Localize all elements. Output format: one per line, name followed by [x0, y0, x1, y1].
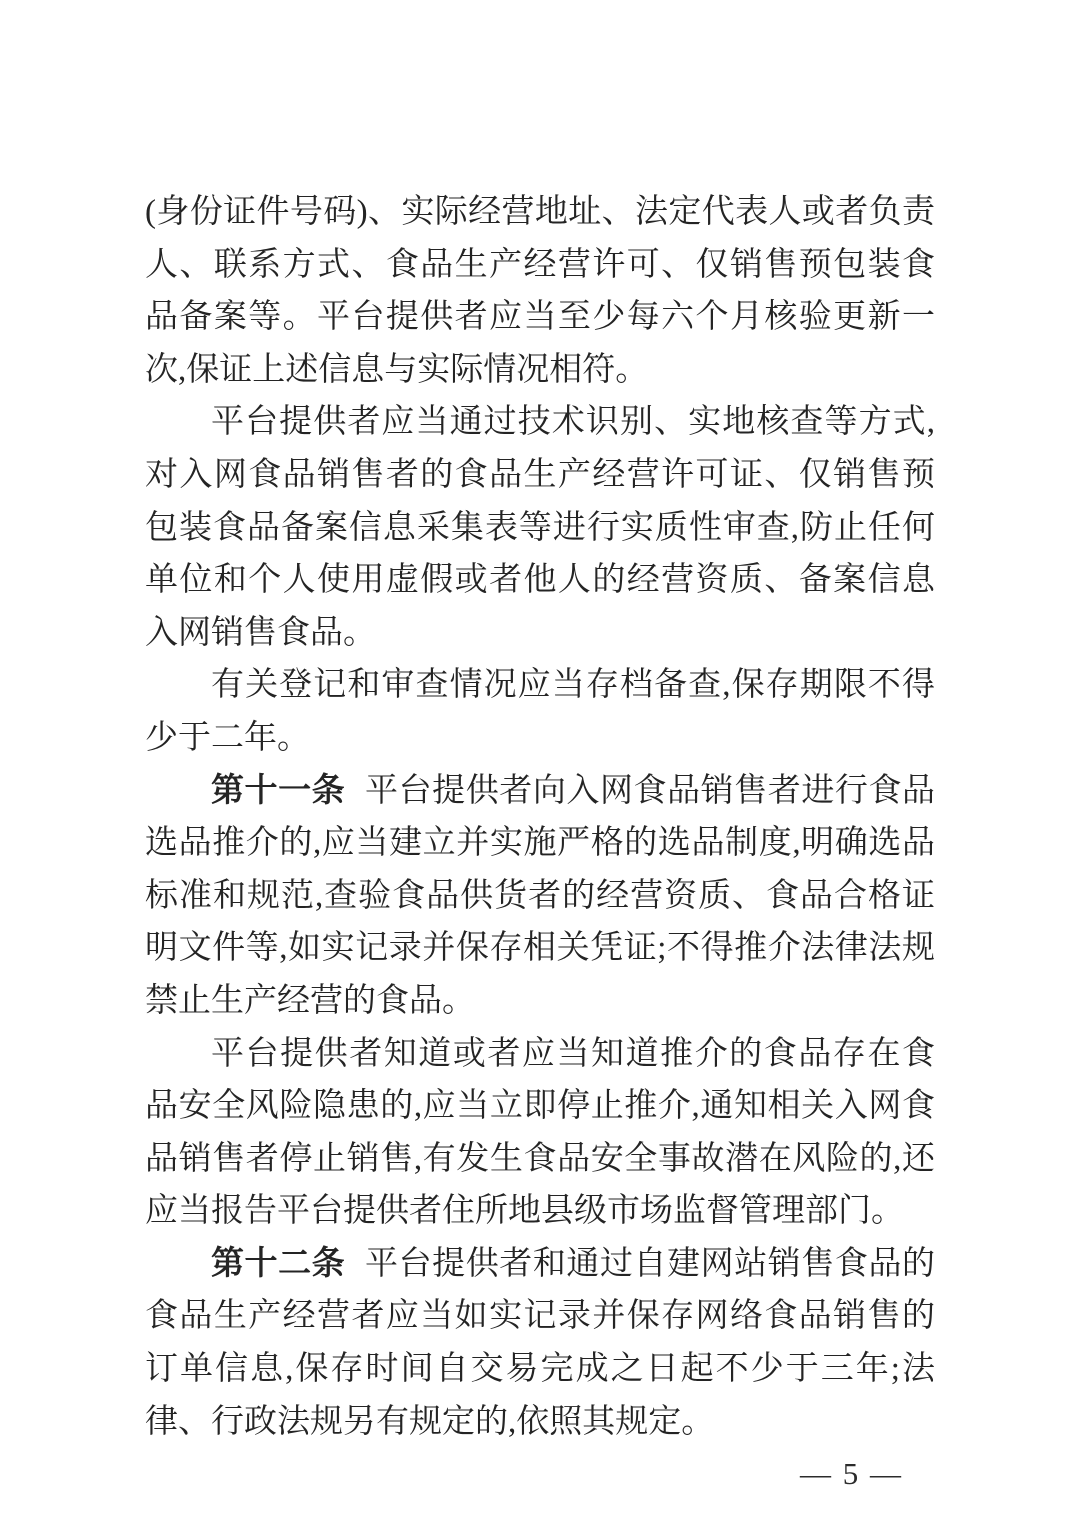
paragraph-risk-handling: 平台提供者知道或者应当知道推介的食品存在食品安全风险隐患的,应当立即停止推介,通…	[145, 1028, 935, 1238]
article-12-number: 第十二条	[211, 1246, 345, 1282]
page-number: — 5 —	[145, 1454, 935, 1494]
document-body: (身份证件号码)、实际经营地址、法定代表人或者负责人、联系方式、食品生产经营许可…	[145, 186, 935, 1448]
paragraph-record-retention: 有关登记和审查情况应当存档备查,保存期限不得少于二年。	[145, 659, 935, 764]
paragraph-verification: 平台提供者应当通过技术识别、实地核查等方式,对入网食品销售者的食品生产经营许可证…	[145, 396, 935, 659]
paragraph-continuation: (身份证件号码)、实际经营地址、法定代表人或者负责人、联系方式、食品生产经营许可…	[145, 186, 935, 396]
paragraph-article-12: 第十二条平台提供者和通过自建网站销售食品的食品生产经营者应当如实记录并保存网络食…	[145, 1238, 935, 1448]
document-page: (身份证件号码)、实际经营地址、法定代表人或者负责人、联系方式、食品生产经营许可…	[0, 0, 1080, 1515]
paragraph-article-11: 第十一条平台提供者向入网食品销售者进行食品选品推介的,应当建立并实施严格的选品制…	[145, 765, 935, 1028]
article-11-number: 第十一条	[211, 773, 345, 809]
article-11-text: 平台提供者向入网食品销售者进行食品选品推介的,应当建立并实施严格的选品制度,明确…	[145, 773, 935, 1019]
